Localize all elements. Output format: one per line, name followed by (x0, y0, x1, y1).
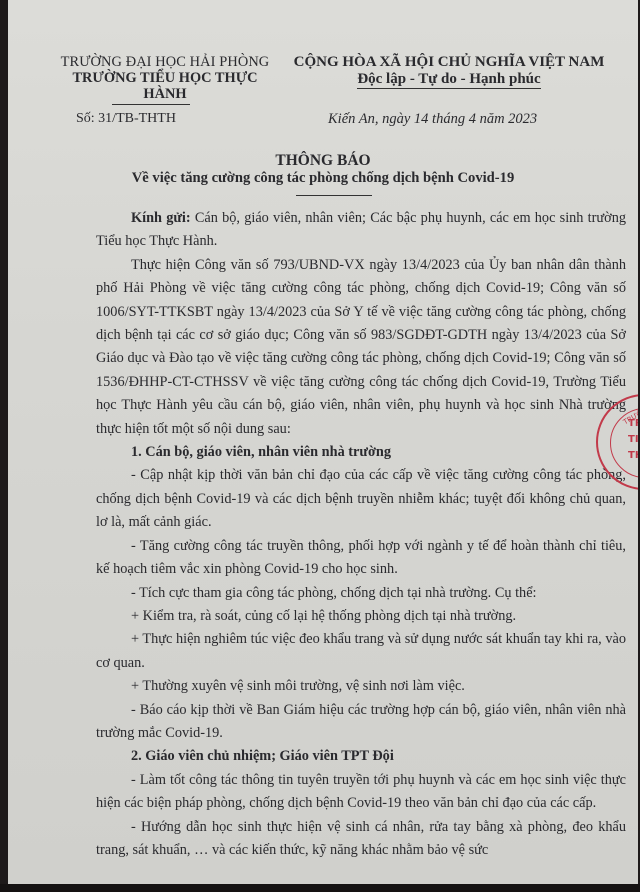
stamp-line: THỰC (628, 450, 638, 462)
section-item: + Kiểm tra, rà soát, củng cố lại hệ thốn… (96, 605, 626, 628)
section-item: + Thường xuyên vệ sinh môi trường, vệ si… (96, 675, 626, 698)
subtitle-underline (296, 195, 372, 196)
background-edge (0, 884, 640, 892)
document-subtitle: Về việc tăng cường công tác phòng chống … (8, 170, 638, 187)
section-item: - Báo cáo kịp thời về Ban Giám hiệu các … (96, 699, 626, 746)
stamp-line: TRƯỜ (628, 418, 638, 430)
section-heading: 2. Giáo viên chủ nhiệm; Giáo viên TPT Độ… (96, 745, 626, 768)
section-item: - Làm tốt công tác thông tin tuyên truyề… (96, 769, 626, 816)
organization-name: TRƯỜNG TIỂU HỌC THỰC HÀNH (56, 70, 274, 102)
section-item: - Cập nhật kịp thời văn bản chỉ đạo của … (96, 464, 626, 534)
document-page: TRƯỜNG ĐẠI HỌC HẢI PHÒNG TRƯỜNG TIỂU HỌC… (8, 0, 638, 888)
national-motto: Độc lập - Tự do - Hạnh phúc (357, 71, 540, 89)
section-item: - Tích cực tham gia công tác phòng, chốn… (96, 582, 626, 605)
intro-paragraph: Thực hiện Công văn số 793/UBND-VX ngày 1… (96, 254, 626, 441)
document-title: THÔNG BÁO (8, 152, 638, 169)
section-item: + Thực hiện nghiêm túc việc đeo khẩu tra… (96, 628, 626, 675)
recipients: Kính gửi: Cán bộ, giáo viên, nhân viên; … (96, 207, 626, 254)
stamp-line: TIỂU (628, 434, 638, 446)
place-date: Kiến An, ngày 14 tháng 4 năm 2023 (328, 111, 537, 128)
section-heading: 1. Cán bộ, giáo viên, nhân viên nhà trườ… (96, 441, 626, 464)
header-left: TRƯỜNG ĐẠI HỌC HẢI PHÒNG TRƯỜNG TIỂU HỌC… (56, 54, 274, 103)
section-item: - Hướng dẫn học sinh thực hiện vệ sinh c… (96, 816, 626, 863)
parent-organization: TRƯỜNG ĐẠI HỌC HẢI PHÒNG (56, 54, 274, 70)
section-item: - Tăng cường công tác truyền thông, phối… (96, 535, 626, 582)
header-right: CỘNG HÒA XÃ HỘI CHỦ NGHĨA VIỆT NAM Độc l… (284, 54, 614, 89)
recipients-label: Kính gửi: (131, 210, 191, 226)
document-body: Kính gửi: Cán bộ, giáo viên, nhân viên; … (96, 207, 626, 862)
national-title: CỘNG HÒA XÃ HỘI CHỦ NGHĨA VIỆT NAM (284, 54, 614, 70)
document-number: Số: 31/TB-THTH (76, 111, 176, 127)
